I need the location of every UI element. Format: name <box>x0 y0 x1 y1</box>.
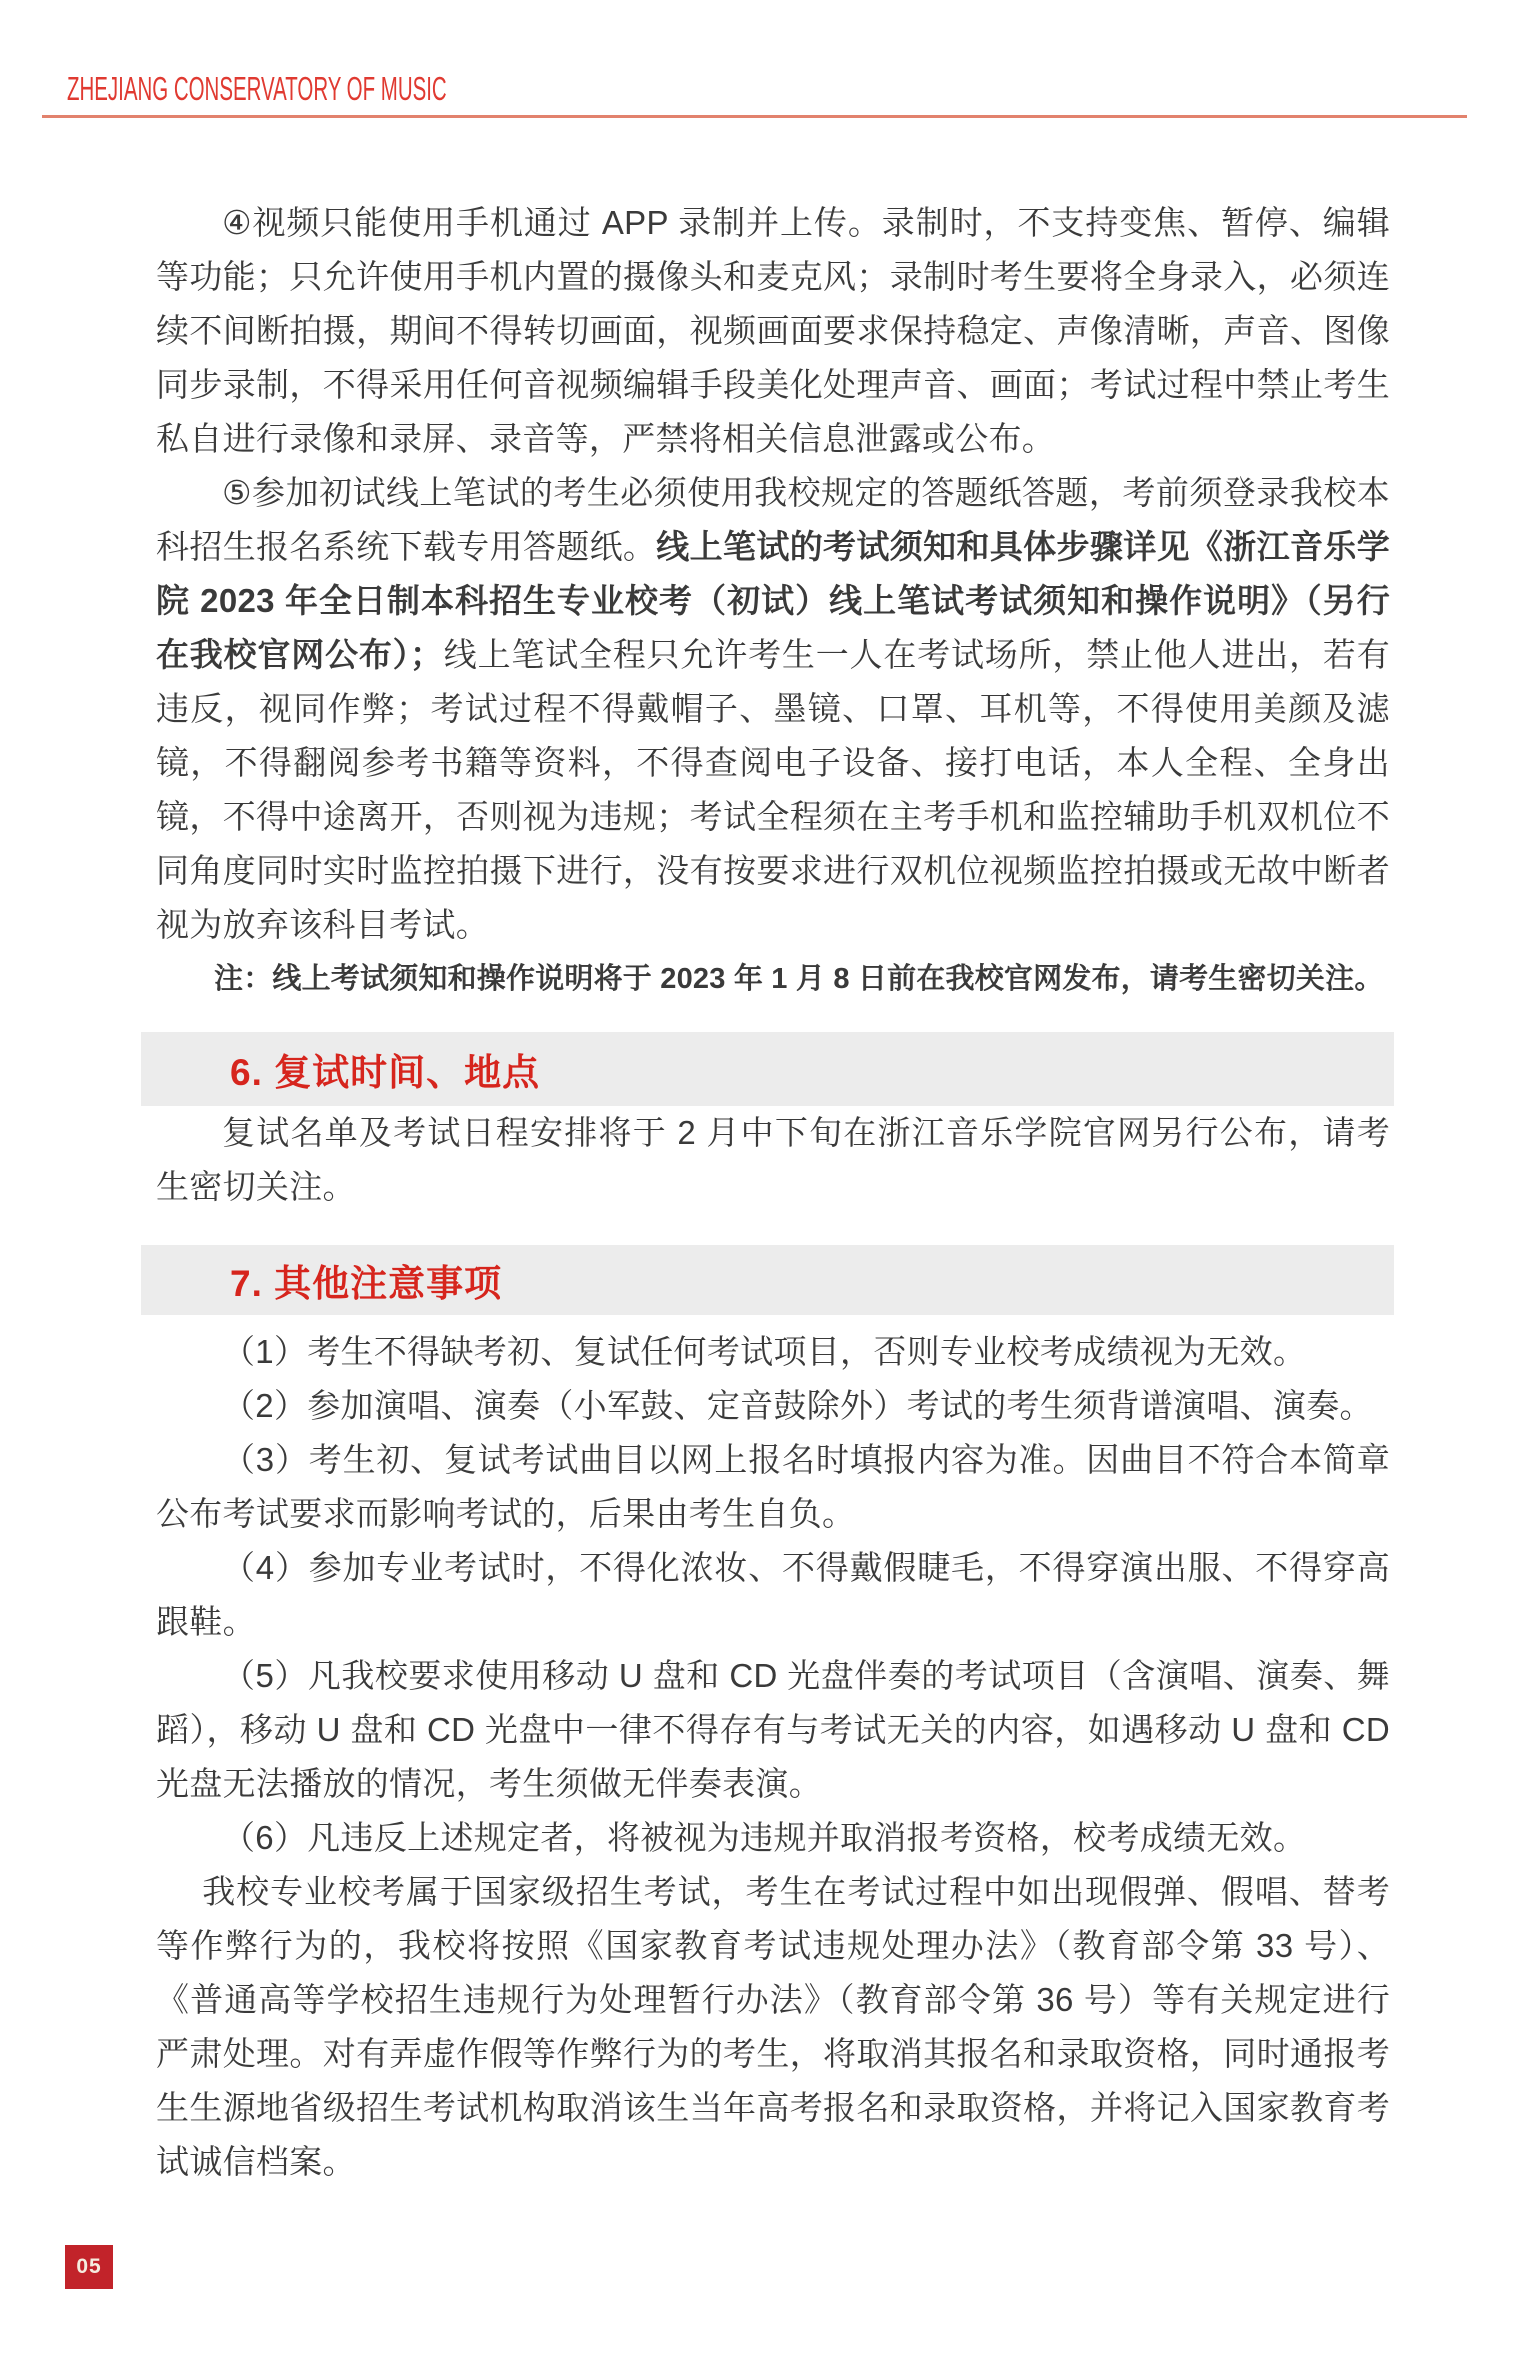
notice-item-3: （3）考生初、复试考试曲目以网上报名时填报内容为准。因曲目不符合本简章公布考试要… <box>156 1433 1390 1541</box>
notice-item-6: （6）凡违反上述规定者，将被视为违规并取消报考资格，校考成绩无效。 <box>156 1811 1390 1865</box>
paragraph-cheating-penalties: 我校专业校考属于国家级招生考试，考生在考试过程中如出现假弹、假唱、替考等作弊行为… <box>156 1865 1390 2189</box>
paragraph-online-written-exam: ⑤参加初试线上笔试的考生必须使用我校规定的答题纸答题，考前须登录我校本科招生报名… <box>156 466 1390 952</box>
document-body: ④视频只能使用手机通过 APP 录制并上传。录制时，不支持变焦、暂停、编辑等功能… <box>156 196 1390 2189</box>
section-retest-heading-bar: 6. 复试时间、地点 <box>141 1032 1394 1106</box>
section-retest-title: 6. 复试时间、地点 <box>230 1042 540 1096</box>
header-divider-rule <box>42 115 1467 118</box>
document-page: ZHEJIANG CONSERVATORY OF MUSIC ④视频只能使用手机… <box>0 0 1535 2362</box>
note-exam-instructions-release: 注：线上考试须知和操作说明将于 2023 年 1 月 8 日前在我校官网发布，请… <box>156 952 1390 1006</box>
written-exam-text-normal-2: 线上笔试全程只允许考生一人在考试场所，禁止他人进出，若有违反，视同作弊；考试过程… <box>156 636 1390 943</box>
conservatory-brand-text: ZHEJIANG CONSERVATORY OF MUSIC <box>67 70 447 108</box>
page-number-badge: 05 <box>65 2245 113 2289</box>
paragraph-video-recording-rules: ④视频只能使用手机通过 APP 录制并上传。录制时，不支持变焦、暂停、编辑等功能… <box>156 196 1390 466</box>
notice-item-5: （5）凡我校要求使用移动 U 盘和 CD 光盘伴奏的考试项目（含演唱、演奏、舞蹈… <box>156 1649 1390 1811</box>
section-other-notes-heading-bar: 7. 其他注意事项 <box>141 1245 1394 1315</box>
section-other-notes-title: 7. 其他注意事项 <box>230 1253 502 1307</box>
notice-item-4: （4）参加专业考试时，不得化浓妆、不得戴假睫毛，不得穿演出服、不得穿高跟鞋。 <box>156 1541 1390 1649</box>
notice-item-2: （2）参加演唱、演奏（小军鼓、定音鼓除外）考试的考生须背谱演唱、演奏。 <box>156 1379 1390 1433</box>
paragraph-retest-schedule: 复试名单及考试日程安排将于 2 月中下旬在浙江音乐学院官网另行公布，请考生密切关… <box>156 1106 1390 1214</box>
notice-item-1: （1）考生不得缺考初、复试任何考试项目，否则专业校考成绩视为无效。 <box>156 1325 1390 1379</box>
page-number: 05 <box>76 2255 101 2279</box>
